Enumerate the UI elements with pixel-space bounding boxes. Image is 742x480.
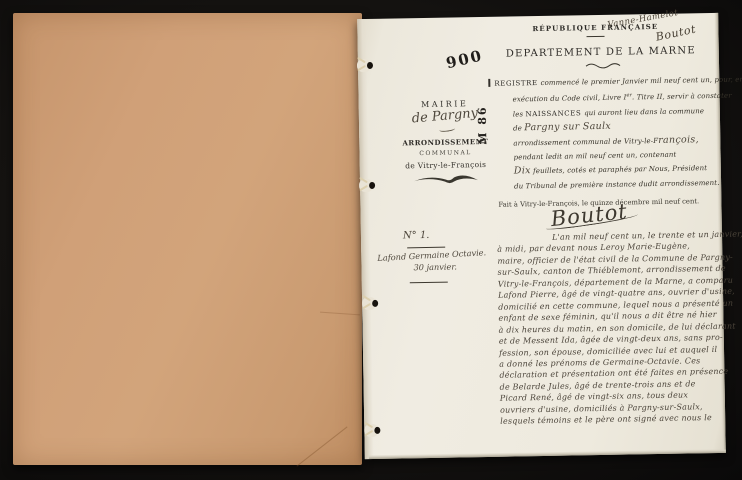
wave-rule	[584, 61, 628, 70]
act-body: L'an mil neuf cent un, le trente et un j…	[497, 229, 716, 427]
printed-text: arrondissement communal de Vitry-le-F	[513, 137, 658, 148]
arrondissement-commune-label: de Vitry-le-François	[396, 160, 496, 171]
printed-text: commencé le premier Janvier mil neuf cen…	[540, 75, 742, 87]
margin-name: Lafond Germaine Octavie.	[377, 247, 493, 263]
printed-text: REGISTRE	[494, 79, 540, 88]
binding-hole-dot	[374, 427, 380, 434]
printed-text: du Tribunal de première instance dudit a…	[514, 179, 719, 191]
republique-title: RÉPUBLIQUE FRANÇAISE	[525, 22, 665, 33]
swash-rule	[412, 175, 480, 186]
handwritten-fill: Dix	[514, 166, 531, 177]
register-line: du Tribunal de première instance dudit a…	[514, 176, 708, 194]
binding-hole-4	[370, 422, 386, 438]
printed-text: de	[513, 125, 524, 133]
binding-hole-dot	[367, 62, 373, 69]
margin-rule	[407, 247, 445, 249]
printed-text: NAISSANCES	[525, 109, 584, 118]
scanned-register-photo: Vanne-Hamelot Boutot RÉPUBLIQUE FRANÇAIS…	[0, 0, 742, 480]
paper-crease	[296, 426, 347, 466]
margin-date: 30 janvier.	[413, 261, 457, 272]
margin-act-number: N° 1.	[403, 230, 430, 241]
printed-text: exécution du Code civil, Livre I	[513, 94, 627, 104]
registry-number-stamp: M 86	[476, 100, 491, 150]
departement-title: DEPARTEMENT DE LA MARNE	[506, 45, 686, 59]
binding-hole-3	[368, 295, 384, 311]
paper-crease	[320, 312, 360, 316]
printed-text: les	[513, 110, 526, 118]
register-paragraph: REGISTRE commencé le premier Janvier mil…	[494, 73, 708, 194]
binding-hole-dot	[372, 300, 378, 307]
number-stamp-900: 900	[444, 46, 484, 72]
margin-rule	[410, 282, 448, 284]
act-line: lesquels témoins et le père ont signé av…	[500, 412, 716, 427]
printed-text: pendant ledit an mil neuf cent un, conte…	[514, 151, 677, 162]
left-cover-page	[13, 13, 362, 465]
handwritten-flourish	[439, 126, 455, 133]
printed-text: qui auront lieu dans la commune	[584, 107, 704, 117]
page-stack-edge-bottom	[369, 449, 726, 459]
communal-label: COMMUNAL	[395, 149, 495, 158]
printer-mark	[488, 79, 490, 87]
handwritten-fill: Pargny sur Saulx	[524, 121, 611, 134]
binding-hole-2	[365, 177, 381, 193]
handwritten-fill: rançois,	[658, 134, 699, 146]
binding-hole-1	[363, 57, 379, 73]
right-register-page: Vanne-Hamelot Boutot RÉPUBLIQUE FRANÇAIS…	[357, 13, 726, 459]
binding-hole-dot	[369, 182, 375, 189]
printed-text: feuillets, cotés et paraphés par Nous, P…	[531, 165, 708, 176]
header-rule	[587, 36, 605, 37]
